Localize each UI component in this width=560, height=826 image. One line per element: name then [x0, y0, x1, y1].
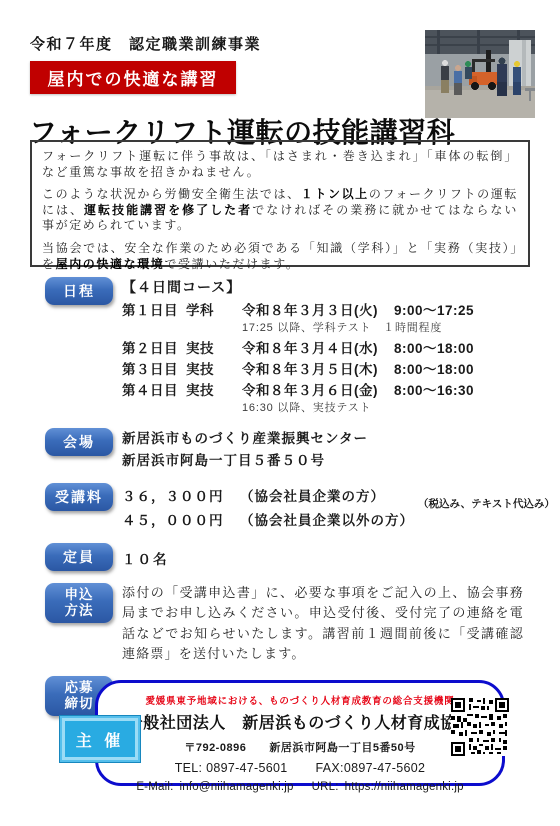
schedule-note: 17:25 以降、学科テスト １時間程度	[242, 319, 547, 336]
sponsor-badge: 主 催	[60, 716, 140, 762]
fax-number: FAX:0897-47-5602	[316, 761, 426, 775]
intro-paragraph-2: このような状況から労働安全衛生法では、１トン以上のフォークリフトの運転には、運転…	[42, 187, 518, 234]
schedule-row: 第２日目 実技 令和８年３月４日(水) 8:00～18:00	[122, 336, 547, 357]
tel-number: TEL: 0897-47-5601	[175, 761, 288, 775]
section-capacity: 定員 １０名	[45, 543, 547, 571]
fee-tax-note: （税込み、テキスト代込み）	[418, 496, 555, 511]
venue-badge: 会場	[45, 428, 113, 456]
email-address: info@niihamagenki.jp	[180, 781, 294, 793]
section-venue: 会場 新居浜市ものづくり産業振興センター 新居浜市阿島一丁目５番５０号	[45, 428, 547, 471]
capacity-badge: 定員	[45, 543, 113, 571]
detail-sections: 日程 【４日間コース】 第１日目 学科 令和８年３月３日(火) 9:00～17:…	[45, 277, 547, 728]
organizer-web: E-Mail:info@niihamagenki.jpURL:https://n…	[98, 781, 502, 793]
email-label: E-Mail:	[136, 781, 173, 793]
program-year: 令和７年度 認定職業訓練事業	[30, 33, 261, 54]
organizer-box: 主 催 愛媛県東予地域における、ものづくり人材育成教育の総合支援機関 一般社団法…	[95, 680, 505, 786]
schedule-row: 第１日目 学科 令和８年３月３日(火) 9:00～17:25	[122, 298, 547, 319]
application-badge: 申込 方法	[45, 583, 113, 623]
section-fee: 受講料 ３６，３００円 （協会社員企業の方） ４５，０００円 （協会社員企業以外…	[45, 483, 547, 531]
ribbon-indoor-training: 屋内での快適な講習	[30, 61, 236, 94]
section-application: 申込 方法 添付の「受講申込書」に、必要な事項をご記入の上、協会事務局までお申し…	[45, 583, 547, 664]
url-text: https://niihamagenki.jp	[345, 781, 464, 793]
qr-code	[451, 698, 509, 756]
organizer-telfax: TEL: 0897-47-5601FAX:0897-47-5602	[98, 761, 502, 775]
application-text: 添付の「受講申込書」に、必要な事項をご記入の上、協会事務局までお申し込みください…	[122, 583, 524, 664]
schedule-row: 第４日目 実技 令和８年３月６日(金) 8:00～16:30	[122, 378, 547, 399]
venue-name: 新居浜市ものづくり産業振興センター	[122, 428, 547, 450]
fee-badge: 受講料	[45, 483, 113, 511]
course-header: 【４日間コース】	[122, 277, 547, 298]
flyer-page: 令和７年度 認定職業訓練事業 屋内での快適な講習 フォークリフト運転の技能講習科	[0, 0, 560, 826]
organizer-address: 〒792-0896 新居浜市阿島一丁目5番50号	[98, 739, 502, 755]
intro-box: フォークリフト運転に伴う事故は、「はさまれ・巻き込まれ」「車体の転倒」など重篤な…	[30, 140, 530, 267]
schedule-note: 16:30 以降、実技テスト	[242, 399, 547, 416]
url-label: URL:	[312, 781, 339, 793]
section-schedule: 日程 【４日間コース】 第１日目 学科 令和８年３月３日(火) 9:00～17:…	[45, 277, 547, 416]
schedule-row: 第３日目 実技 令和８年３月５日(木) 8:00～18:00	[122, 357, 547, 378]
intro-paragraph-3: 当協会では、安全な作業のため必須である「知識（学科）」と「実務（実技）」を屋内の…	[42, 241, 518, 272]
schedule-badge: 日程	[45, 277, 113, 305]
intro-paragraph-1: フォークリフト運転に伴う事故は、「はさまれ・巻き込まれ」「車体の転倒」など重篤な…	[42, 149, 518, 180]
capacity-value: １０名	[122, 543, 547, 568]
training-photo	[425, 30, 535, 118]
organizer-tagline: 愛媛県東予地域における、ものづくり人材育成教育の総合支援機関	[98, 693, 502, 707]
organizer-name: 一般社団法人 新居浜ものづくり人材育成協会	[98, 710, 502, 733]
venue-address: 新居浜市阿島一丁目５番５０号	[122, 450, 547, 472]
